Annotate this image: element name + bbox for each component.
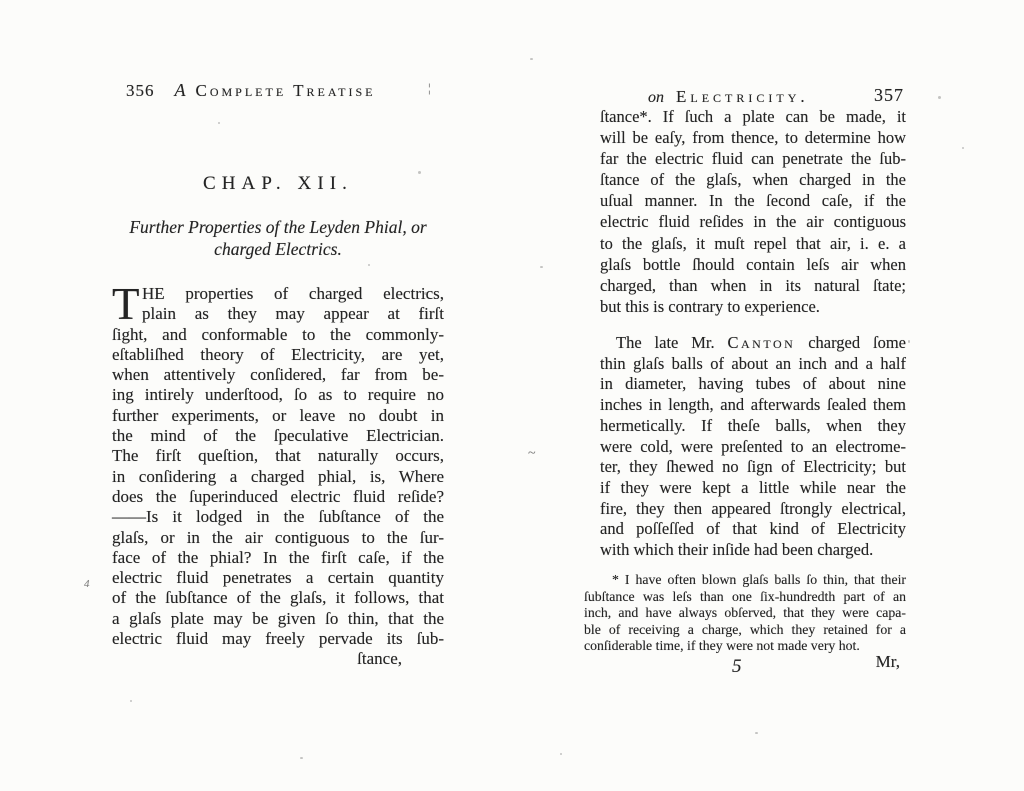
- ink-speck: [755, 732, 758, 734]
- right-catchword: Mr,: [876, 652, 900, 672]
- ink-speck: [424, 292, 428, 295]
- paragraph-2-lines: thin glaſs balls of about an inch and a …: [600, 354, 906, 540]
- ink-speck: [130, 700, 132, 702]
- paragraph-2-first-line: The late Mr. Canton charged ſome: [600, 333, 906, 354]
- chapter-heading: CHAP. XII.: [112, 173, 444, 195]
- margin-ink-mark: ~: [528, 446, 536, 462]
- left-body-paragraph: T HE properties of charged electrics, pl…: [112, 284, 444, 670]
- footnote-lines: * I have often blown glaſs balls ſo thin…: [584, 572, 906, 638]
- paragraph-2-last-line: with which their inſide had been charged…: [600, 540, 906, 561]
- footnote-last-line: conſiderable time, if they were not made…: [584, 638, 906, 655]
- footnote: * I have often blown glaſs balls ſo thin…: [584, 572, 906, 655]
- right-paragraph-1: ſtance*. If ſuch a plate can be made, it…: [600, 106, 906, 317]
- signature-mark: 5: [732, 656, 742, 678]
- chapter-subtitle: Further Properties of the Leyden Phial, …: [112, 216, 444, 260]
- ink-speck: [218, 122, 220, 124]
- line-text: charged ſome: [795, 333, 906, 352]
- ink-mark: ¦: [428, 80, 431, 96]
- right-header-title: Electricity.: [676, 87, 809, 106]
- left-body-lines: HE properties of charged electrics, plai…: [112, 284, 444, 649]
- line-text: The late Mr.: [616, 333, 728, 352]
- ink-speck: [300, 757, 303, 759]
- margin-ink-mark: 4: [84, 578, 90, 590]
- ink-speck: [938, 96, 941, 99]
- right-header-title-group: on Electricity.: [648, 87, 809, 107]
- paragraph-1-lines: ſtance*. If ſuch a plate can be made, it…: [600, 106, 906, 296]
- left-catchword: ſtance,: [112, 649, 444, 669]
- ink-speck: [962, 147, 964, 149]
- left-header-title: Complete Treatise: [196, 81, 376, 101]
- right-running-header: on Electricity. 357: [600, 85, 906, 107]
- book-scan: 356 A Complete Treatise ¦ CHAP. XII. Fur…: [0, 0, 1024, 791]
- left-page-number: 356: [126, 81, 155, 101]
- ink-speck: [530, 58, 533, 60]
- ink-speck: [368, 264, 370, 266]
- right-page-number: 357: [874, 85, 904, 106]
- header-article: A: [175, 80, 186, 101]
- ink-speck: [560, 753, 562, 755]
- ink-speck: [908, 340, 910, 343]
- drop-cap: T: [112, 284, 142, 324]
- right-paragraph-2: The late Mr. Canton charged ſome thin gl…: [600, 333, 906, 561]
- header-preposition: on: [648, 89, 664, 106]
- ink-speck: [418, 171, 421, 174]
- person-name-canton: Canton: [728, 333, 796, 352]
- left-running-header: 356 A Complete Treatise: [126, 80, 444, 101]
- ink-speck: [540, 266, 543, 268]
- paragraph-1-last-line: but this is contrary to experience.: [600, 296, 906, 317]
